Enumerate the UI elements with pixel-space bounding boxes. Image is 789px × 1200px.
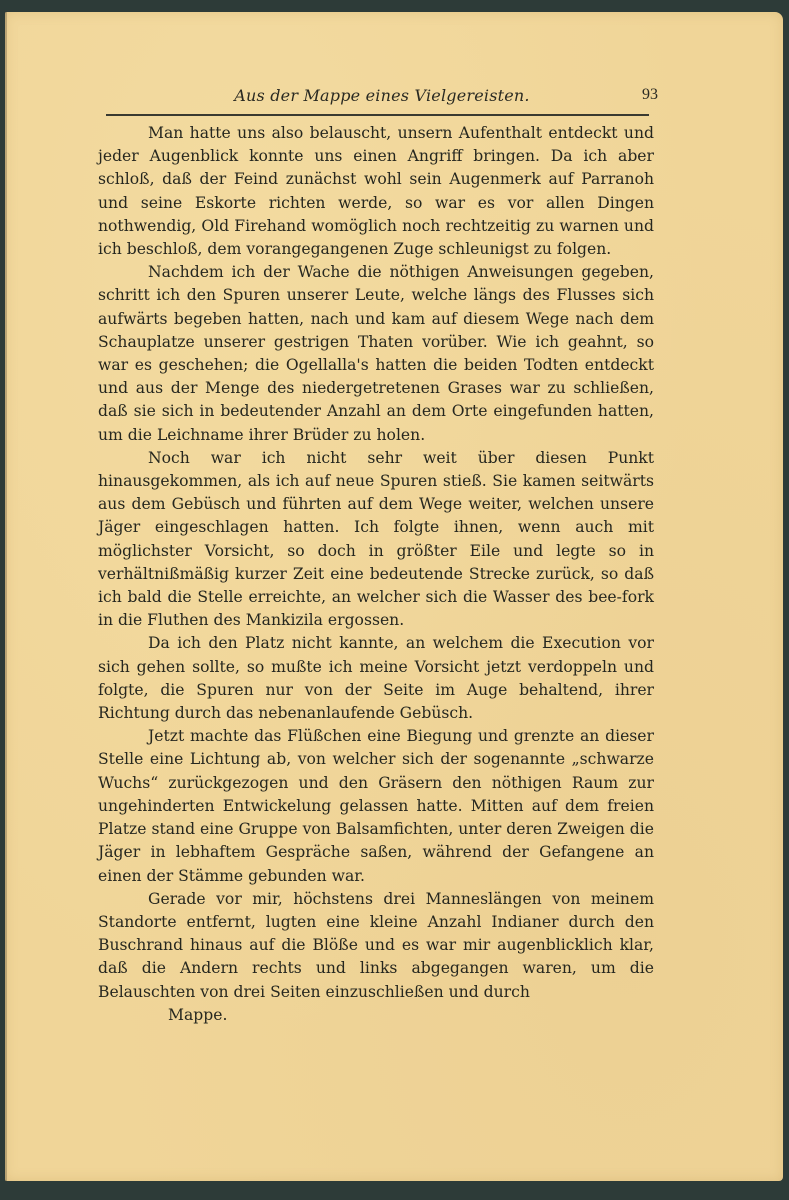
paragraph: Jetzt machte das Flüßchen eine Biegung u… — [98, 725, 654, 887]
body-text: Man hatte uns also belauscht, unsern Auf… — [98, 122, 654, 1027]
paragraph: Nachdem ich der Wache die nöthigen Anwei… — [98, 261, 654, 447]
paragraph: Noch war ich nicht sehr weit über diesen… — [98, 447, 654, 633]
paragraph: Man hatte uns also belauscht, unsern Auf… — [98, 122, 654, 261]
page-number: 93 — [642, 86, 658, 104]
paragraph: Da ich den Platz nicht kannte, an welche… — [98, 632, 654, 725]
header-rule — [106, 114, 649, 116]
running-title: Aus der Mappe eines Vielgereisten. — [106, 86, 658, 105]
catchword: Mappe. — [98, 1004, 654, 1027]
page-edge — [5, 12, 7, 1181]
running-head: Aus der Mappe eines Vielgereisten. 93 — [106, 86, 658, 108]
paragraph: Gerade vor mir, höchstens drei Manneslän… — [98, 888, 654, 1004]
